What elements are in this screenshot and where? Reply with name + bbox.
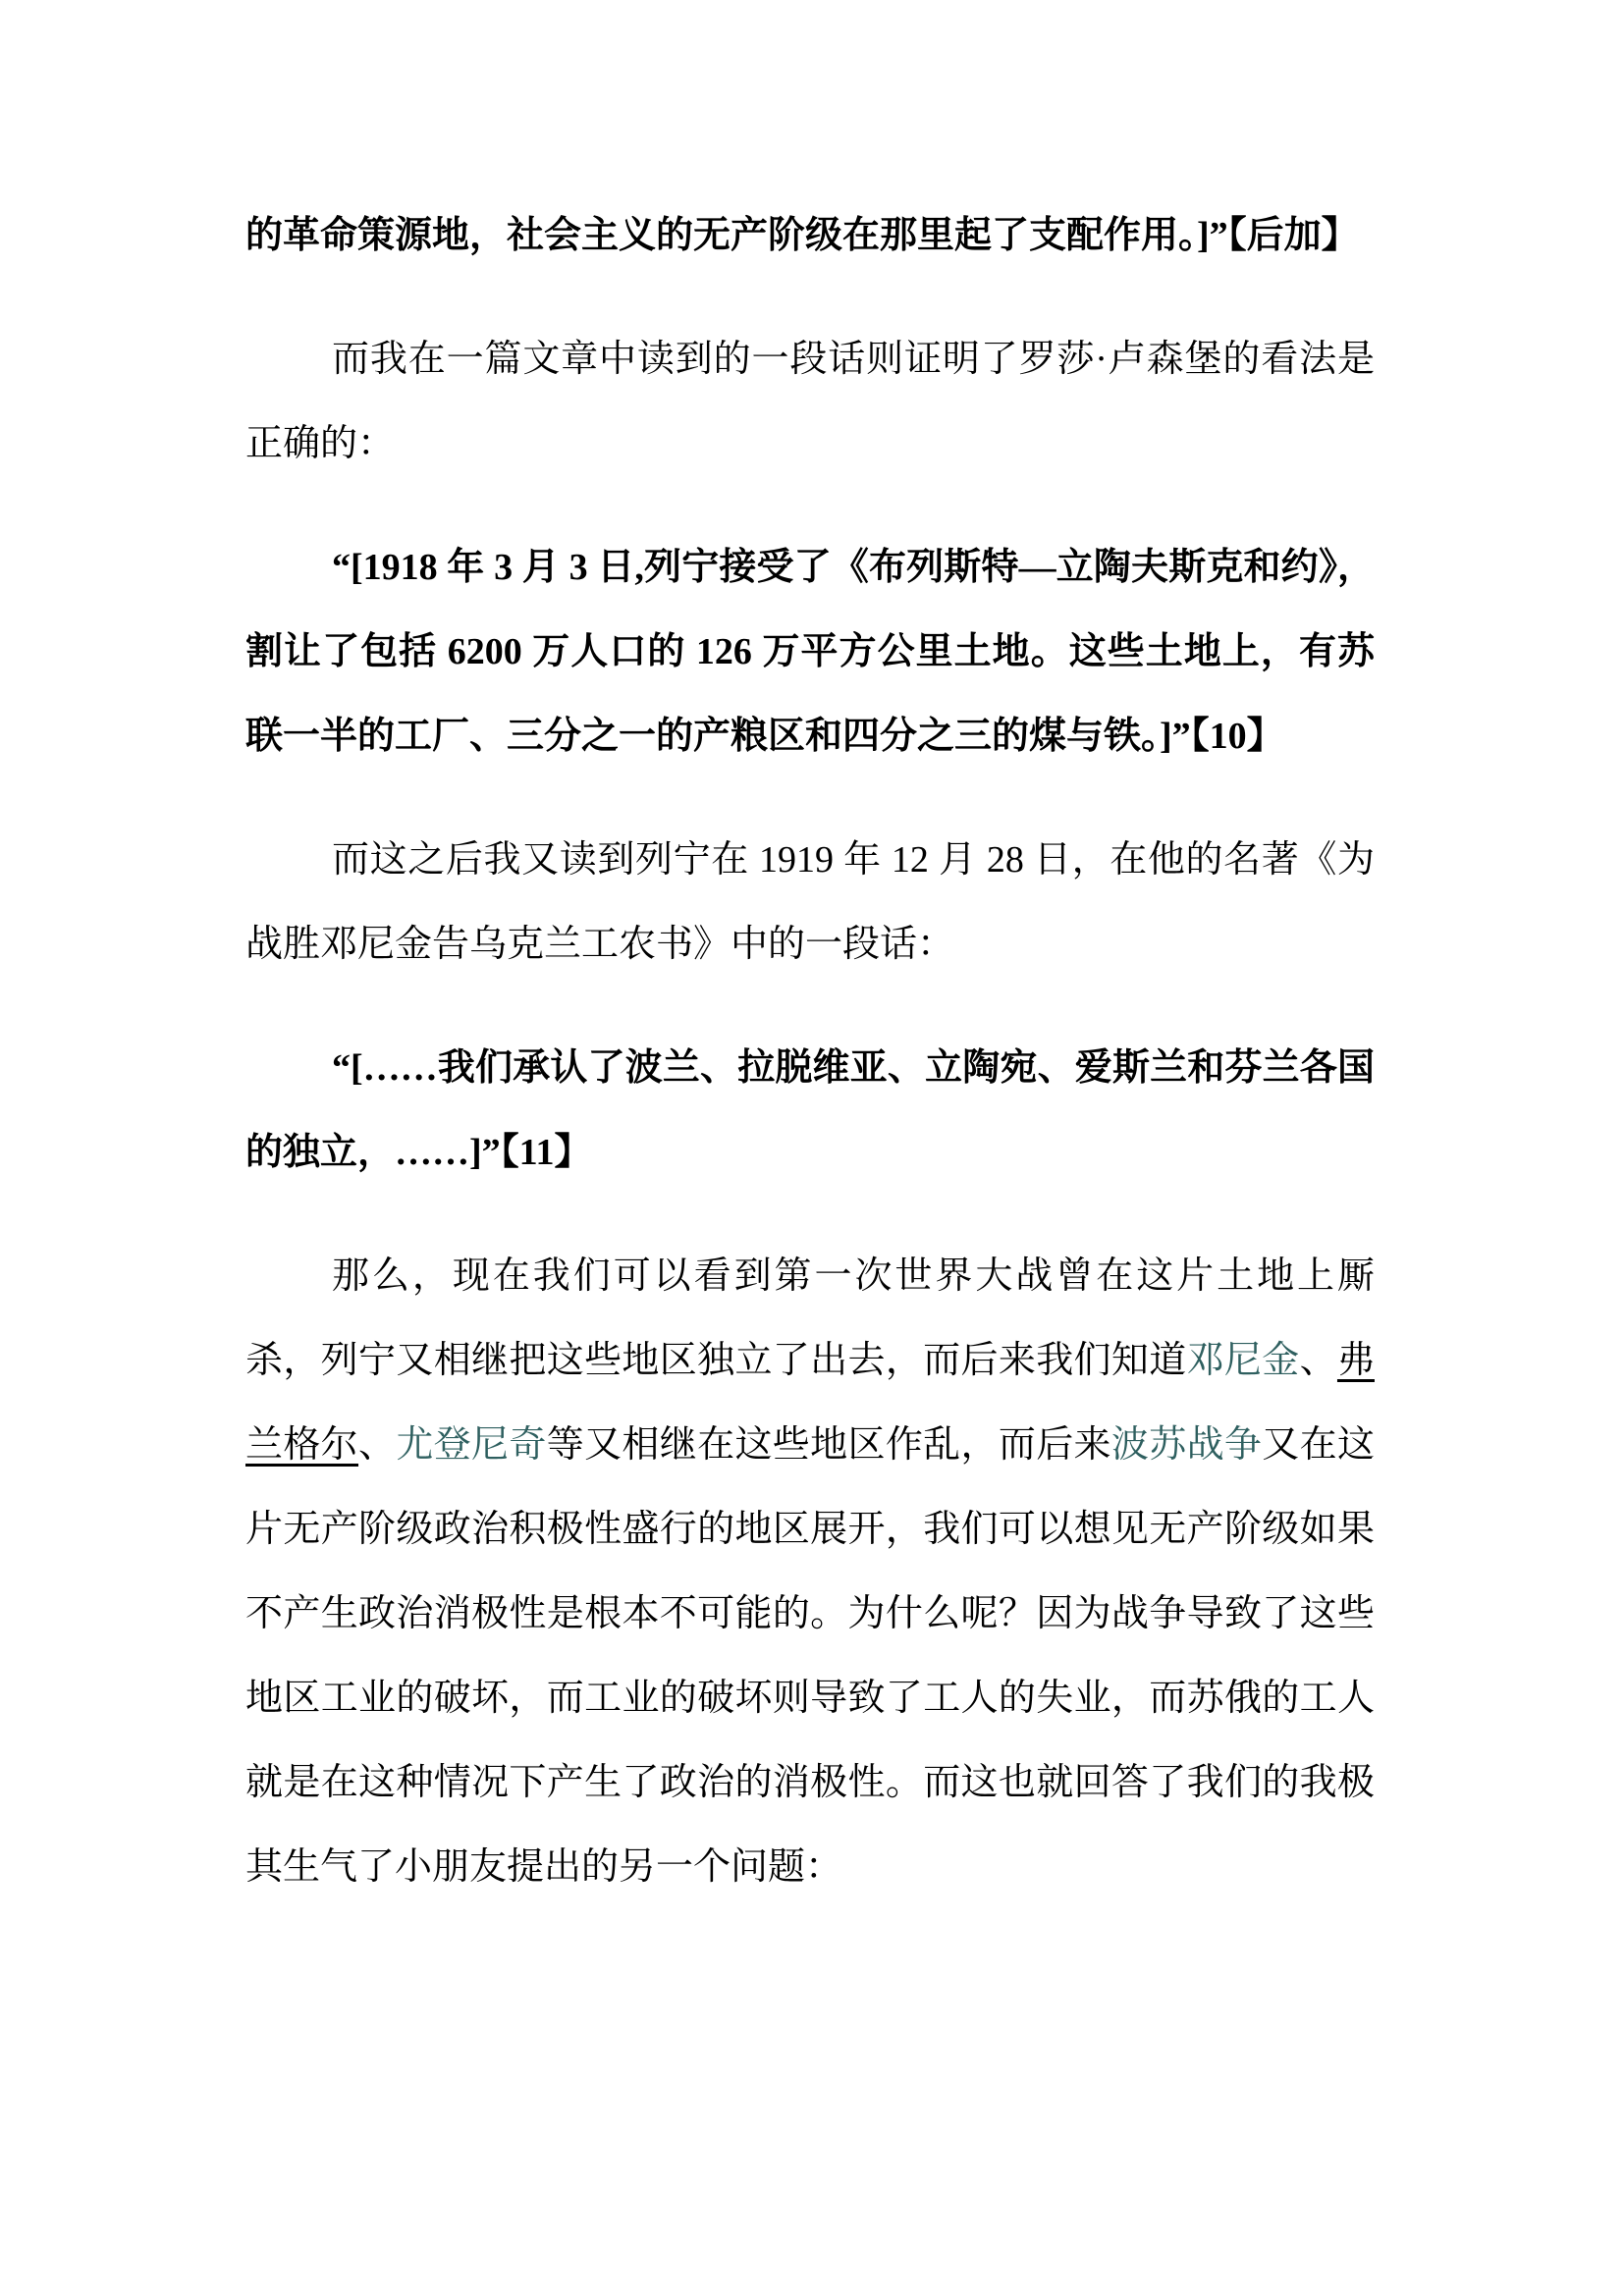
document-body: 的革命策源地，社会主义的无产阶级在那里起了支配作用。]”【后加】而我在一篇文章中… (245, 193, 1375, 1949)
paragraph-quote-independence-recognition: “[……我们承认了波兰、拉脱维亚、立陶宛、爱斯兰和芬兰各国的独立，……]”【11… (245, 1026, 1375, 1195)
quote-text: “[1918 年 3 月 3 日,列宁接受了《布列斯特—立陶夫斯克和约》，割让了… (245, 547, 1375, 757)
paragraph-quote-continuation-houjia: 的革命策源地，社会主义的无产阶级在那里起了支配作用。]”【后加】 (245, 193, 1375, 278)
paragraph-quote-brest-litovsk-treaty: “[1918 年 3 月 3 日,列宁接受了《布列斯特—立陶夫斯克和约》，割让了… (245, 525, 1375, 778)
body-text: 而我在一篇文章中读到的一段话则证明了罗莎·卢森堡的看法是正确的： (245, 339, 1375, 464)
link-denikin[interactable]: 邓尼金 (1187, 1340, 1300, 1381)
paragraph-analysis-conclusion: 那么，现在我们可以看到第一次世界大战曾在这片土地上厮杀，列宁又相继把这些地区独立… (245, 1234, 1375, 1909)
paragraph-narration-rosa-luxemburg: 而我在一篇文章中读到的一段话则证明了罗莎·卢森堡的看法是正确的： (245, 317, 1375, 486)
quote-text: “[……我们承认了波兰、拉脱维亚、立陶宛、爱斯兰和芬兰各国的独立，……]”【11… (245, 1047, 1375, 1173)
body-text: 、 (358, 1424, 396, 1466)
document-page: 的革命策源地，社会主义的无产阶级在那里起了支配作用。]”【后加】而我在一篇文章中… (0, 0, 1624, 2296)
body-text: 、 (1300, 1340, 1337, 1381)
body-text: 等又相继在这些地区作乱，而后来 (547, 1424, 1111, 1466)
link-polish-soviet-war[interactable]: 波苏战争 (1111, 1424, 1262, 1466)
body-text: 而这之后我又读到列宁在 1919 年 12 月 28 日，在他的名著《为战胜邓尼… (245, 839, 1375, 965)
link-yudenich[interactable]: 尤登尼奇 (396, 1424, 546, 1466)
body-text: 又在这片无产阶级政治积极性盛行的地区展开，我们可以想见无产阶级如果不产生政治消极… (245, 1424, 1375, 1888)
quote-text: 的革命策源地，社会主义的无产阶级在那里起了支配作用。]”【后加】 (245, 215, 1359, 256)
paragraph-narration-lenin-1919: 而这之后我又读到列宁在 1919 年 12 月 28 日，在他的名著《为战胜邓尼… (245, 818, 1375, 987)
